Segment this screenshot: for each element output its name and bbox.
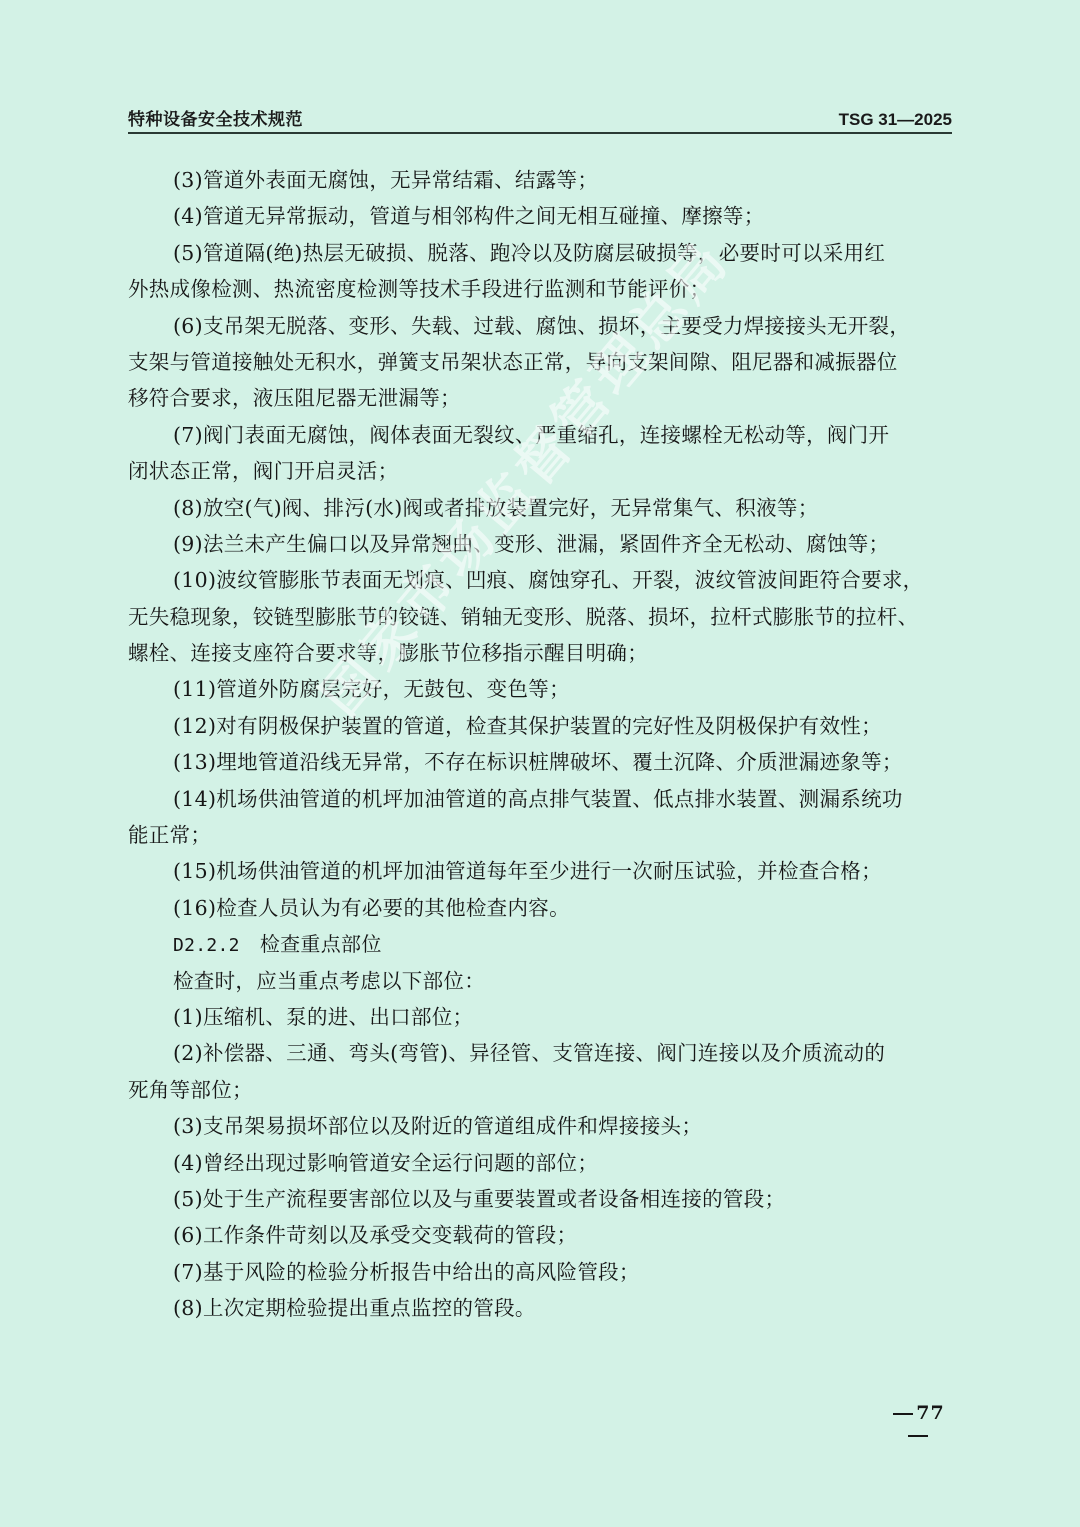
body-line: (12)对有阴极保护装置的管道，检查其保护装置的完好性及阴极保护有效性； — [128, 708, 952, 744]
body-line: 支架与管道接触处无积水，弹簧支吊架状态正常，导向支架间隙、阻尼器和减振器位 — [128, 344, 952, 380]
body-line: (15)机场供油管道的机坪加油管道每年至少进行一次耐压试验，并检查合格； — [128, 853, 952, 889]
header-doc-code: TSG 31—2025 — [839, 110, 952, 130]
section-line: 死角等部位； — [128, 1072, 952, 1108]
section-line: (2)补偿器、三通、弯头(弯管)、异径管、支管连接、阀门连接以及介质流动的 — [128, 1035, 952, 1071]
footer-dash-left — [893, 1413, 913, 1415]
body-line: 闭状态正常，阀门开启灵活； — [128, 453, 952, 489]
body-line: (13)埋地管道沿线无异常，不存在标识桩牌破坏、覆土沉降、介质泄漏迹象等； — [128, 744, 952, 780]
body-line: (10)波纹管膨胀节表面无划痕、凹痕、腐蚀穿孔、开裂，波纹管波间距符合要求， — [128, 562, 952, 598]
page-footer: 77 — [880, 1402, 955, 1446]
header-title: 特种设备安全技术规范 — [128, 105, 303, 130]
section-line: (5)处于生产流程要害部位以及与重要装置或者设备相连接的管段； — [128, 1181, 952, 1217]
body-line: 能正常； — [128, 817, 952, 853]
body-line: 无失稳现象，铰链型膨胀节的铰链、销轴无变形、脱落、损坏，拉杆式膨胀节的拉杆、 — [128, 599, 952, 635]
page-number: 77 — [916, 1402, 944, 1424]
body-line: (7)阀门表面无腐蚀，阀体表面无裂纹、严重缩孔，连接螺栓无松动等，阀门开 — [128, 417, 952, 453]
page-body: (3)管道外表面无腐蚀，无异常结霜、结露等； (4)管道无异常振动，管道与相邻构… — [128, 162, 952, 1327]
body-line: 移符合要求，液压阻尼器无泄漏等； — [128, 380, 952, 416]
body-line: (8)放空(气)阀、排污(水)阀或者排放装置完好，无异常集气、积液等； — [128, 490, 952, 526]
body-line: 外热成像检测、热流密度检测等技术手段进行监测和节能评价； — [128, 271, 952, 307]
section-line: (3)支吊架易损坏部位以及附近的管道组成件和焊接接头； — [128, 1108, 952, 1144]
body-line: 螺栓、连接支座符合要求等，膨胀节位移指示醒目明确； — [128, 635, 952, 671]
section-line: (7)基于风险的检验分析报告中给出的高风险管段； — [128, 1254, 952, 1290]
body-line: (16)检查人员认为有必要的其他检查内容。 — [128, 890, 952, 926]
body-line: (11)管道外防腐层完好，无鼓包、变色等； — [128, 671, 952, 707]
body-line: (6)支吊架无脱落、变形、失载、过载、腐蚀、损坏，主要受力焊接接头无开裂， — [128, 308, 952, 344]
body-line: (14)机场供油管道的机坪加油管道的高点排气装置、低点排水装置、测漏系统功 — [128, 781, 952, 817]
body-line: (9)法兰未产生偏口以及异常翘曲、变形、泄漏，紧固件齐全无松动、腐蚀等； — [128, 526, 952, 562]
section-line: (1)压缩机、泵的进、出口部位； — [128, 999, 952, 1035]
section-number: D2.2.2 — [173, 935, 240, 956]
body-line: (4)管道无异常振动，管道与相邻构件之间无相互碰撞、摩擦等； — [128, 198, 952, 234]
section-heading: D2.2.2检查重点部位 — [128, 926, 952, 962]
body-line: (3)管道外表面无腐蚀，无异常结霜、结露等； — [128, 162, 952, 198]
section-line: (4)曾经出现过影响管道安全运行问题的部位； — [128, 1145, 952, 1181]
section-line: (6)工作条件苛刻以及承受交变载荷的管段； — [128, 1217, 952, 1253]
body-line: (5)管道隔(绝)热层无破损、脱落、跑冷以及防腐层破损等，必要时可以采用红 — [128, 235, 952, 271]
section-title: 检查重点部位 — [260, 932, 382, 956]
section-line: (8)上次定期检验提出重点监控的管段。 — [128, 1290, 952, 1326]
section-line: 检查时，应当重点考虑以下部位： — [128, 963, 952, 999]
footer-dash-right — [908, 1435, 928, 1437]
page-header: 特种设备安全技术规范 TSG 31—2025 — [128, 104, 952, 134]
